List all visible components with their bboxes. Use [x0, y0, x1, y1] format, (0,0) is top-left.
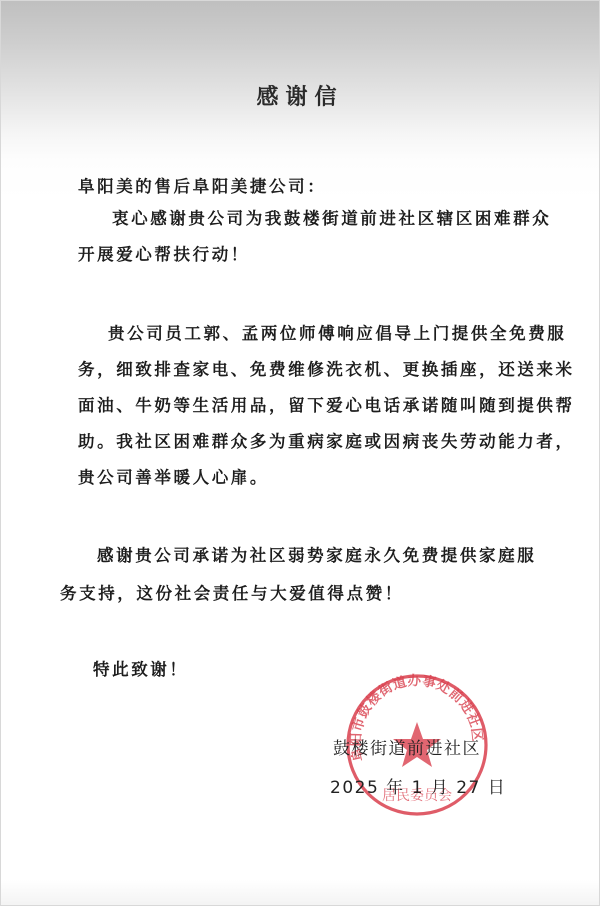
paragraph-3-line-1: 感谢贵公司承诺为社区弱势家庭永久免费提供家庭服 — [97, 542, 536, 566]
signature-date: 2025 年 1 月 27 日 — [330, 773, 506, 798]
page-frame — [0, 0, 600, 906]
signature-organization: 鼓楼街道前进社区 — [333, 734, 481, 759]
paragraph-2-line-1: 贵公司员工郭、孟两位师傅响应倡导上门提供全免费服 — [108, 320, 566, 344]
paragraph-2-line-3: 面油、牛奶等生活用品，留下爱心电话承诺随叫随到提供帮 — [78, 392, 575, 416]
paragraph-2-line-2: 务，细致排查家电、免费维修洗衣机、更换插座，还送来米 — [78, 356, 575, 380]
paragraph-3-line-2: 务支持，这份社会责任与大爱值得点赞！ — [60, 580, 404, 604]
paragraph-1-line-2: 开展爱心帮扶行动！ — [78, 241, 250, 265]
closing: 特此致谢！ — [93, 656, 189, 680]
letter-title: 感谢信 — [0, 80, 600, 111]
paragraph-2-line-4: 助。我社区困难群众多为重病家庭或因病丧失劳动能力者， — [78, 428, 575, 452]
paragraph-1-line-1: 衷心感谢贵公司为我鼓楼街道前进社区辖区困难群众 — [112, 205, 551, 229]
salutation: 阜阳美的售后阜阳美捷公司： — [78, 173, 326, 197]
paragraph-2-line-5: 贵公司善举暖人心扉。 — [78, 464, 269, 488]
